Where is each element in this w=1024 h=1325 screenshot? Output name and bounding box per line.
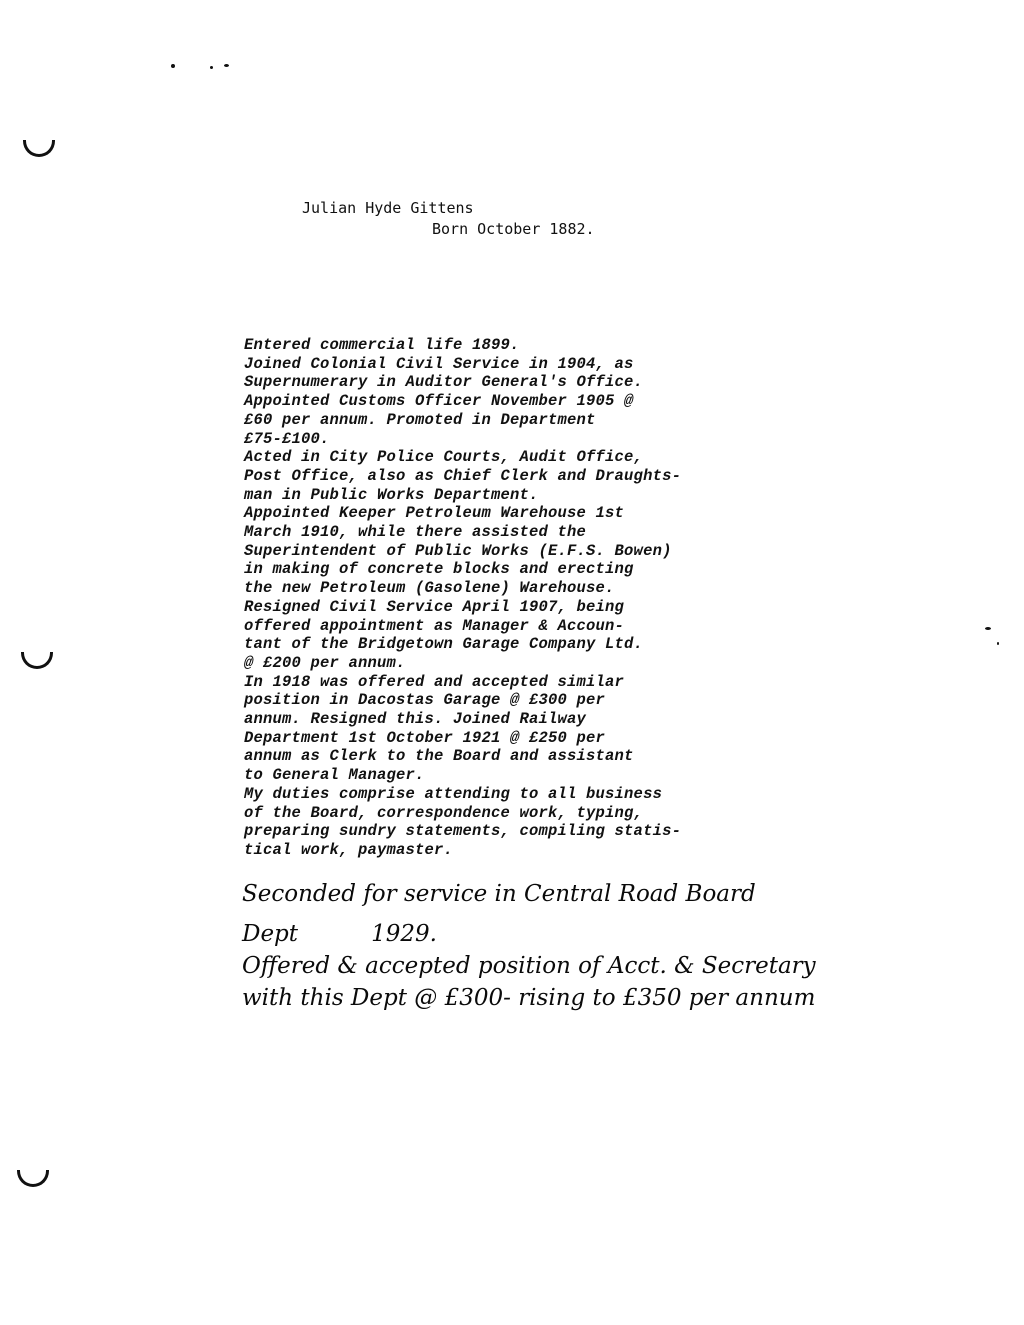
text-line: Department 1st October 1921 @ £250 per — [244, 729, 824, 748]
biography-typed-text: Entered commercial life 1899. Joined Col… — [244, 336, 824, 860]
text-line: to General Manager. — [244, 766, 824, 785]
punch-hole-mark — [17, 1170, 49, 1187]
scan-speck — [210, 66, 213, 69]
handwritten-line: Seconded for service in Central Road Boa… — [242, 878, 816, 910]
text-line: In 1918 was offered and accepted similar — [244, 673, 824, 692]
text-line: of the Board, correspondence work, typin… — [244, 804, 824, 823]
text-line: in making of concrete blocks and erectin… — [244, 560, 824, 579]
punch-hole-mark — [23, 140, 55, 157]
text-line: offered appointment as Manager & Accoun- — [244, 617, 824, 636]
text-line: Appointed Customs Officer November 1905 … — [244, 392, 824, 411]
text-line: preparing sundry statements, compiling s… — [244, 822, 824, 841]
text-line: March 1910, while there assisted the — [244, 523, 824, 542]
text-line: tical work, paymaster. — [244, 841, 824, 860]
text-line: the new Petroleum (Gasolene) Warehouse. — [244, 579, 824, 598]
text-line: Appointed Keeper Petroleum Warehouse 1st — [244, 504, 824, 523]
handwritten-line: with this Dept @ £300- rising to £350 pe… — [242, 982, 816, 1014]
text-line: Supernumerary in Auditor General's Offic… — [244, 373, 824, 392]
text-line: My duties comprise attending to all busi… — [244, 785, 824, 804]
handwritten-addendum: Seconded for service in Central Road Boa… — [242, 878, 816, 1014]
scan-speck — [985, 627, 991, 630]
text-line: Joined Colonial Civil Service in 1904, a… — [244, 355, 824, 374]
punch-hole-mark — [21, 652, 53, 669]
text-line: Acted in City Police Courts, Audit Offic… — [244, 448, 824, 467]
text-line: tant of the Bridgetown Garage Company Lt… — [244, 635, 824, 654]
scan-speck — [997, 642, 999, 645]
document-header: Julian Hyde Gittens Born October 1882. — [302, 198, 595, 240]
text-line: man in Public Works Department. — [244, 486, 824, 505]
scan-speck — [171, 64, 175, 68]
text-line: Entered commercial life 1899. — [244, 336, 824, 355]
text-line: @ £200 per annum. — [244, 654, 824, 673]
scan-speck — [224, 64, 229, 67]
text-line: £60 per annum. Promoted in Department — [244, 411, 824, 430]
text-line: position in Dacostas Garage @ £300 per — [244, 691, 824, 710]
handwritten-line: Dept 1929. — [242, 910, 816, 950]
text-line: Resigned Civil Service April 1907, being — [244, 598, 824, 617]
text-line: £75-£100. — [244, 430, 824, 449]
person-name: Julian Hyde Gittens — [302, 198, 595, 219]
text-line: annum. Resigned this. Joined Railway — [244, 710, 824, 729]
handwritten-line: Offered & accepted position of Acct. & S… — [242, 950, 816, 982]
text-line: Superintendent of Public Works (E.F.S. B… — [244, 542, 824, 561]
birth-date: Born October 1882. — [302, 219, 595, 240]
text-line: annum as Clerk to the Board and assistan… — [244, 747, 824, 766]
text-line: Post Office, also as Chief Clerk and Dra… — [244, 467, 824, 486]
